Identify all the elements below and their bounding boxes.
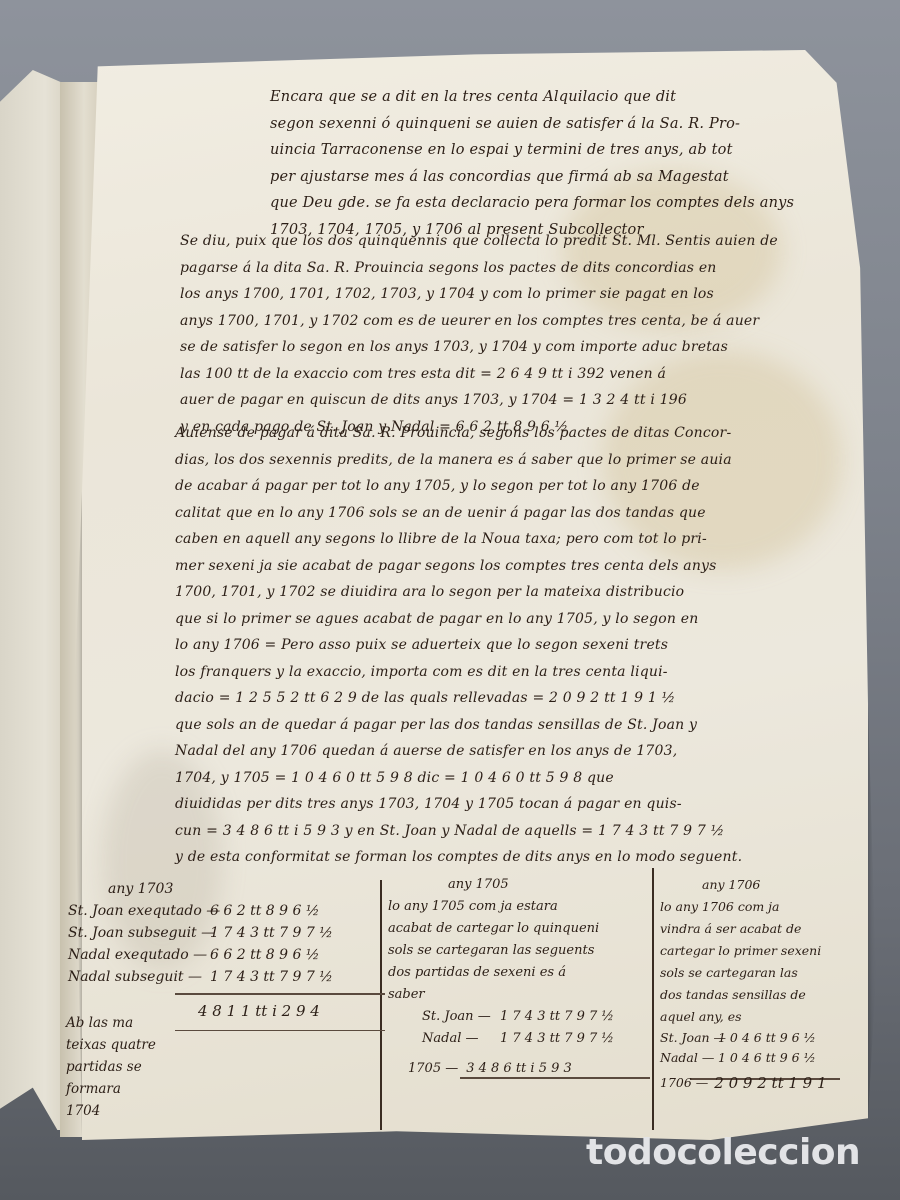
- total-label: 1706 —: [660, 1072, 708, 1094]
- total-label: 1705 —: [408, 1058, 458, 1080]
- text-line: saber: [388, 984, 614, 1006]
- paragraph-3: Auiense de pagar á dita Sa. R. Prouincia…: [175, 420, 742, 871]
- text-line: per ajustarse mes á las concordias que f…: [270, 164, 794, 191]
- paragraph-1: Encara que se a dit en la tres centa Alq…: [270, 84, 794, 243]
- row-label: St. Joan subseguit —: [68, 922, 200, 944]
- text-line: sols se cartegaran las: [660, 962, 827, 984]
- text-line: los franquers y la exaccio, importa com …: [175, 659, 742, 686]
- text-line: Nadal del any 1706 quedan á auerse de sa…: [175, 738, 742, 765]
- table-row: St. Joan — 1 7 4 3 tt 7 9 7 ½: [388, 1006, 614, 1028]
- text-line: que Deu gde. se fa esta declaracio pera …: [270, 190, 794, 217]
- text-line: anys 1700, 1701, y 1702 com es de ueurer…: [180, 308, 778, 335]
- column-header: any 1703: [68, 878, 333, 900]
- text-line: se de satisfer lo segon en los anys 1703…: [180, 334, 778, 361]
- row-label: Nadal —: [422, 1028, 492, 1050]
- text-line: 1700, 1701, y 1702 se diuidira ara lo se…: [175, 579, 742, 606]
- table-row: St. Joan subseguit — 1 7 4 3 tt 7 9 7 ½: [68, 922, 333, 944]
- text-line: Auiense de pagar á dita Sa. R. Prouincia…: [175, 420, 742, 447]
- text-line: cun = 3 4 8 6 tt i 5 9 3 y en St. Joan y…: [175, 818, 742, 845]
- text-line: que sols an de quedar á pagar per las do…: [175, 712, 742, 739]
- note-line: partidas se: [66, 1056, 156, 1078]
- row-label: St. Joan exequtado —: [68, 900, 200, 922]
- text-line: dos tandas sensillas de: [660, 984, 827, 1006]
- table-column-1705: any 1705 lo any 1705 com ja estara acaba…: [388, 874, 614, 1080]
- row-value: 1 7 4 3 tt 7 9 7 ½: [500, 1006, 614, 1028]
- row-label: Nadal subseguit —: [68, 966, 200, 988]
- text-line: vindra á ser acabat de: [660, 918, 827, 940]
- row-value: 6 6 2 tt 8 9 6 ½: [210, 900, 319, 922]
- row-value: 1 7 4 3 tt 7 9 7 ½: [210, 966, 333, 988]
- note-line: 1704: [66, 1100, 156, 1122]
- row-value: 1 7 4 3 tt 7 9 7 ½: [500, 1028, 614, 1050]
- table-row: Nadal subseguit — 1 7 4 3 tt 7 9 7 ½: [68, 966, 333, 988]
- text-line: cartegar lo primer sexeni: [660, 940, 827, 962]
- note-line: Ab las ma: [66, 1012, 156, 1034]
- row-label: Nadal exequtado —: [68, 944, 200, 966]
- text-line: aquel any, es: [660, 1006, 827, 1028]
- text-line: uincia Tarraconense en lo espai y termin…: [270, 137, 794, 164]
- rule: [175, 1030, 385, 1031]
- table-total-row: 1705 — 3 4 8 6 tt i 5 9 3: [388, 1058, 614, 1080]
- note-line: formara: [66, 1078, 156, 1100]
- column-total: 3 4 8 6 tt i 5 9 3: [466, 1058, 572, 1080]
- table-row: Nadal exequtado — 6 6 2 tt 8 9 6 ½: [68, 944, 333, 966]
- margin-note: Ab las ma teixas quatre partidas se form…: [66, 1012, 156, 1122]
- text-line: calitat que en lo any 1706 sols se an de…: [175, 500, 742, 527]
- column-header: any 1705: [388, 874, 614, 896]
- row-value: 1 7 4 3 tt 7 9 7 ½: [210, 922, 333, 944]
- text-line: y de esta conformitat se forman los comp…: [175, 844, 742, 871]
- row-value: 1 0 4 6 tt 9 6 ½: [718, 1028, 816, 1048]
- text-line: lo any 1706 com ja: [660, 896, 827, 918]
- text-line: pagarse á la dita Sa. R. Prouincia segon…: [180, 255, 778, 282]
- row-label: St. Joan —: [660, 1028, 714, 1048]
- text-line: Se diu, puix que los dos quinquennis que…: [180, 228, 778, 255]
- text-line: dacio = 1 2 5 5 2 tt 6 2 9 de las quals …: [175, 685, 742, 712]
- table-row: St. Joan exequtado — 6 6 2 tt 8 9 6 ½: [68, 900, 333, 922]
- text-line: auer de pagar en quiscun de dits anys 17…: [180, 387, 778, 414]
- row-value: 6 6 2 tt 8 9 6 ½: [210, 944, 319, 966]
- text-line: lo any 1706 = Pero asso puix se aduertei…: [175, 632, 742, 659]
- row-label: St. Joan —: [422, 1006, 492, 1028]
- note-line: teixas quatre: [66, 1034, 156, 1056]
- column-divider: [652, 868, 654, 1130]
- text-line: sols se cartegaran las seguents: [388, 940, 614, 962]
- text-line: diuididas per dits tres anys 1703, 1704 …: [175, 791, 742, 818]
- table-row: Nadal — 1 7 4 3 tt 7 9 7 ½: [388, 1028, 614, 1050]
- row-value: 1 0 4 6 tt 9 6 ½: [718, 1048, 816, 1068]
- table-column-1703: any 1703 St. Joan exequtado — 6 6 2 tt 8…: [68, 878, 333, 1022]
- text-line: que si lo primer se agues acabat de paga…: [175, 606, 742, 633]
- text-line: Encara que se a dit en la tres centa Alq…: [270, 84, 794, 111]
- text-line: 1704, y 1705 = 1 0 4 6 0 tt 5 9 8 dic = …: [175, 765, 742, 792]
- text-line: de acabar á pagar per tot lo any 1705, y…: [175, 473, 742, 500]
- table-row: Nadal — 1 0 4 6 tt 9 6 ½: [660, 1048, 827, 1068]
- text-line: dias, los dos sexennis predits, de la ma…: [175, 447, 742, 474]
- text-line: lo any 1705 com ja estara: [388, 896, 614, 918]
- text-line: caben en aquell any segons lo llibre de …: [175, 526, 742, 553]
- paragraph-2: Se diu, puix que los dos quinquennis que…: [180, 228, 778, 440]
- table-total-row: 1706 — 2 0 9 2 tt 1 9 1: [660, 1072, 827, 1094]
- text-line: las 100 tt de la exaccio com tres esta d…: [180, 361, 778, 388]
- column-header: any 1706: [660, 874, 827, 896]
- text-line: segon sexenni ó quinqueni se auien de sa…: [270, 111, 794, 138]
- text-line: acabat de cartegar lo quinqueni: [388, 918, 614, 940]
- column-total: 2 0 9 2 tt 1 9 1: [714, 1072, 826, 1094]
- text-line: los anys 1700, 1701, 1702, 1703, y 1704 …: [180, 281, 778, 308]
- table-row: St. Joan — 1 0 4 6 tt 9 6 ½: [660, 1028, 827, 1048]
- text-line: dos partidas de sexeni es á: [388, 962, 614, 984]
- text-line: mer sexeni ja sie acabat de pagar segons…: [175, 553, 742, 580]
- table-column-1706: any 1706 lo any 1706 com ja vindra á ser…: [660, 874, 827, 1094]
- row-label: Nadal —: [660, 1048, 714, 1068]
- watermark-logo: todocoleccion: [586, 1132, 860, 1173]
- column-divider: [380, 880, 382, 1130]
